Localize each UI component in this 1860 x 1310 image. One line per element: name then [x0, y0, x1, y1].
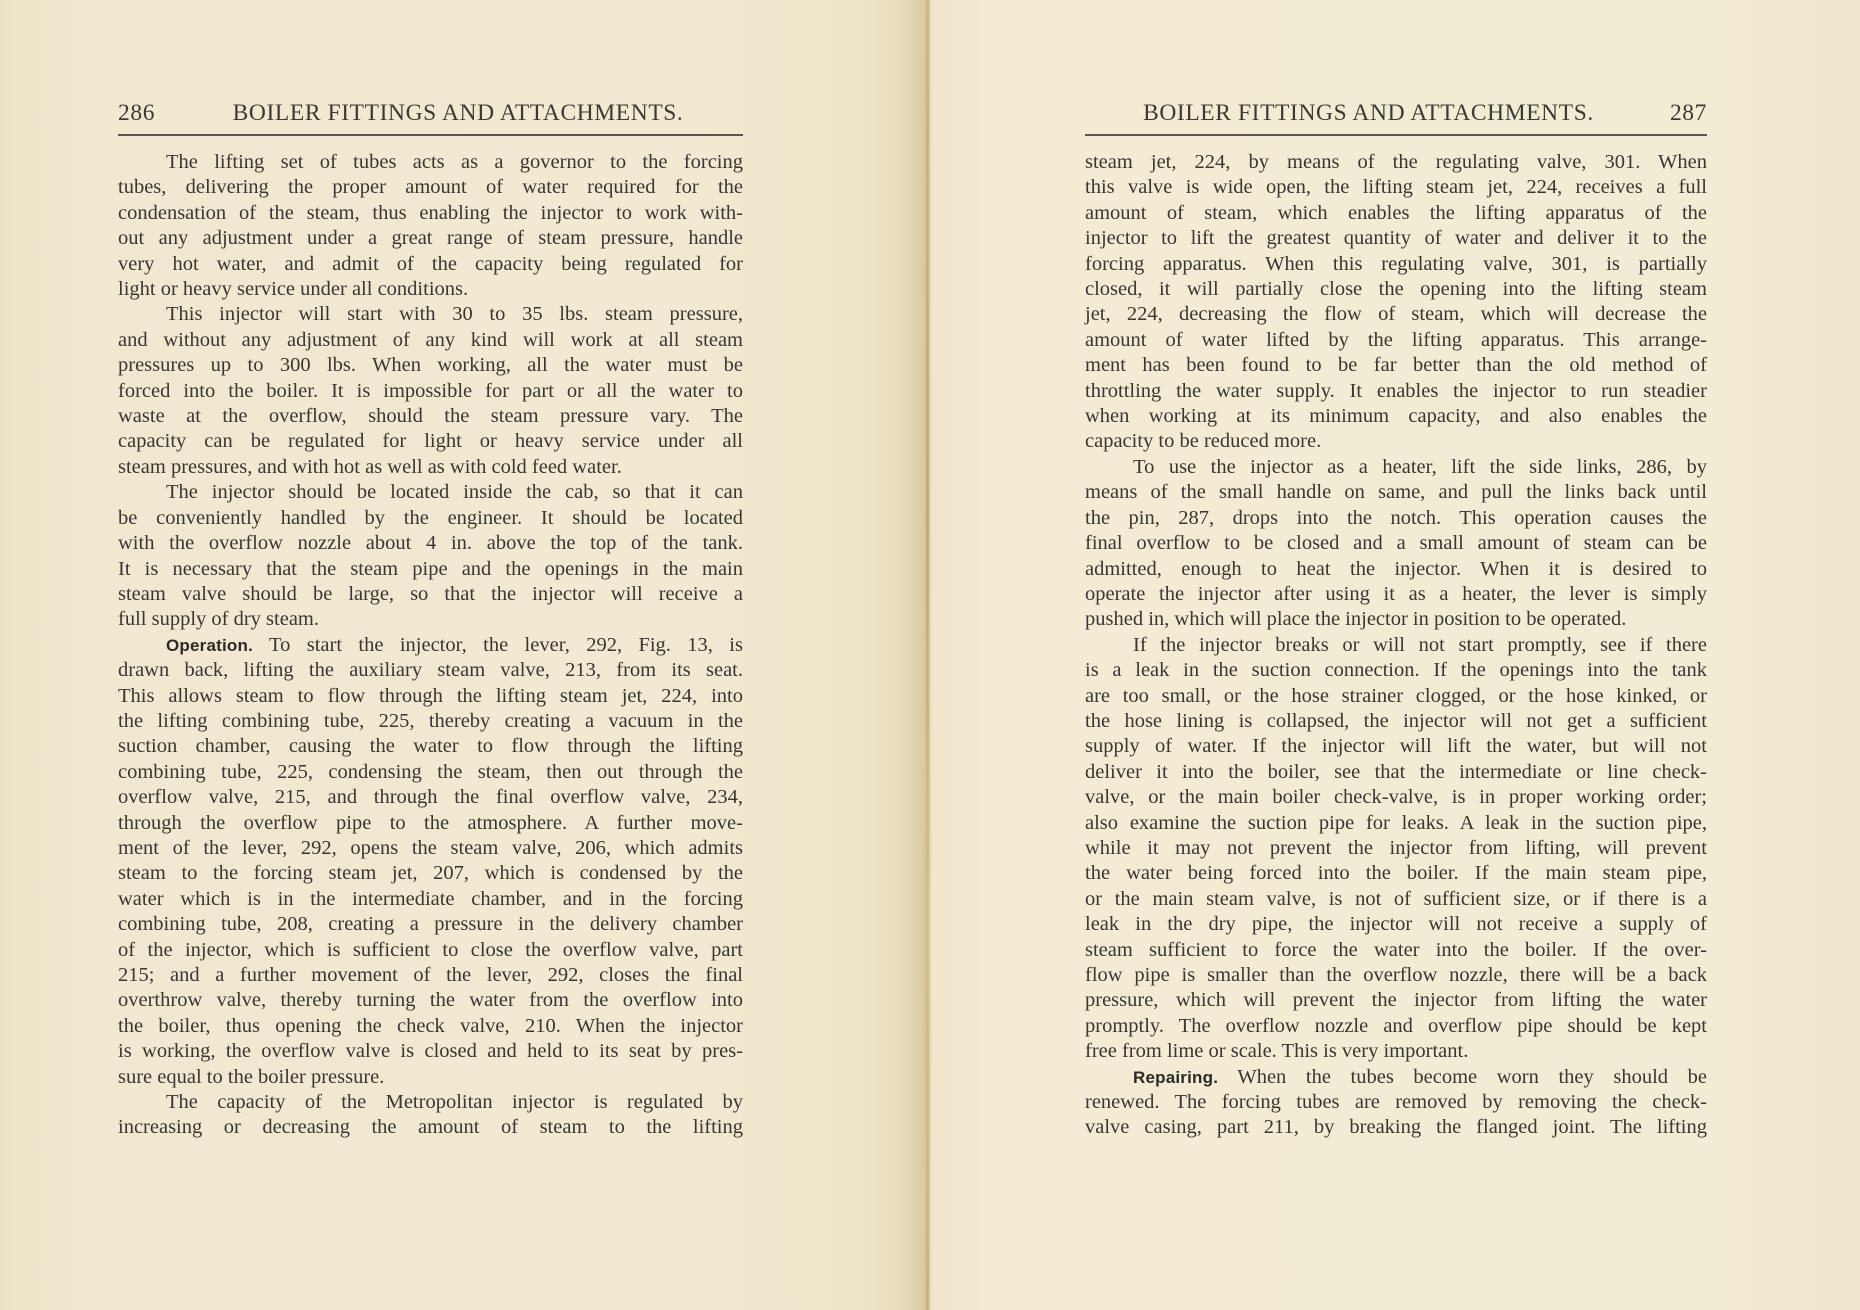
text-line: steam sufficient to force the water into… [1085, 938, 1707, 963]
line-text: also examine the suction pipe for leaks.… [1085, 812, 1707, 834]
line-text: steam jet, 224, by means of the regulati… [1085, 151, 1707, 173]
text-line: full supply of dry steam. [118, 607, 743, 632]
text-line: pressure, which will prevent the injecto… [1085, 988, 1707, 1013]
text-line: out any adjustment under a great range o… [118, 226, 743, 251]
text-line: the lifting combining tube, 225, thereby… [118, 709, 743, 734]
text-line: leak in the dry pipe, the injector will … [1085, 912, 1707, 937]
text-line: forcing apparatus. When this regulating … [1085, 252, 1707, 277]
text-line: deliver it into the boiler, see that the… [1085, 760, 1707, 785]
line-text: is a leak in the suction connection. If … [1085, 659, 1707, 681]
line-text: deliver it into the boiler, see that the… [1085, 761, 1707, 783]
text-line: are too small, or the hose strainer clog… [1085, 684, 1707, 709]
text-line: overthrow valve, thereby turning the wat… [118, 988, 743, 1013]
text-line: operate the injector after using it as a… [1085, 582, 1707, 607]
text-line: tubes, delivering the proper amount of w… [118, 175, 743, 200]
text-line: supply of water. If the injector will li… [1085, 734, 1707, 759]
line-text: water which is in the intermediate chamb… [118, 888, 743, 910]
line-text: condensation of the steam, thus enabling… [118, 202, 743, 224]
line-text: valve casing, part 211, by breaking the … [1085, 1116, 1707, 1138]
text-line: drawn back, lifting the auxiliary steam … [118, 658, 743, 683]
line-text: tubes, delivering the proper amount of w… [118, 176, 743, 198]
text-line: steam valve should be large, so that the… [118, 582, 743, 607]
line-text: or the main steam valve, is not of suffi… [1085, 888, 1707, 910]
text-line: is working, the overflow valve is closed… [118, 1039, 743, 1064]
text-line: and without any adjustment of any kind w… [118, 328, 743, 353]
line-text: promptly. The overflow nozzle and overfl… [1085, 1015, 1707, 1037]
text-line: 215; and a further movement of the lever… [118, 963, 743, 988]
line-text: combining tube, 225, condensing the stea… [118, 761, 743, 783]
line-text: full supply of dry steam. [118, 608, 319, 630]
line-text: through the overflow pipe to the atmosph… [118, 812, 743, 834]
running-head-right: BOILER FITTINGS AND ATTACHMENTS. 287 [1085, 100, 1707, 136]
line-text: forced into the boiler. It is impossible… [118, 380, 743, 402]
line-text: final overflow to be closed and a small … [1085, 532, 1707, 554]
line-text: steam pressures, and with hot as well as… [118, 456, 622, 478]
page-number: 286 [118, 100, 155, 127]
text-line: amount of water lifted by the lifting ap… [1085, 328, 1707, 353]
line-text: valve, or the main boiler check-valve, i… [1085, 786, 1707, 808]
line-text: It is necessary that the steam pipe and … [118, 558, 743, 580]
text-line: throttling the water supply. It enables … [1085, 379, 1707, 404]
text-line: the hose lining is collapsed, the inject… [1085, 709, 1707, 734]
line-text: are too small, or the hose strainer clog… [1085, 685, 1707, 707]
line-text: when working at its minimum capacity, an… [1085, 405, 1707, 427]
text-line: water which is in the intermediate chamb… [118, 887, 743, 912]
line-text: overflow valve, 215, and through the fin… [118, 786, 743, 808]
line-text: while it may not prevent the injector fr… [1085, 837, 1707, 859]
line-text: overthrow valve, thereby turning the wat… [118, 989, 743, 1011]
text-line: with the overflow nozzle about 4 in. abo… [118, 531, 743, 556]
line-text: steam sufficient to force the water into… [1085, 939, 1707, 961]
text-line: when working at its minimum capacity, an… [1085, 404, 1707, 429]
line-text: ment of the lever, 292, opens the steam … [118, 837, 743, 859]
line-text: operate the injector after using it as a… [1085, 583, 1707, 605]
line-text: To start the injector, the lever, 292, F… [253, 634, 743, 656]
line-text: The lifting set of tubes acts as a gover… [166, 151, 743, 173]
line-text: The capacity of the Metropolitan injecto… [166, 1091, 743, 1113]
section-run-in-heading: Operation. [166, 636, 253, 655]
line-text: The injector should be located inside th… [166, 481, 743, 503]
line-text: drawn back, lifting the auxiliary steam … [118, 659, 743, 681]
line-text: the hose lining is collapsed, the inject… [1085, 710, 1707, 732]
text-line: capacity can be regulated for light or h… [118, 429, 743, 454]
line-text: this valve is wide open, the lifting ste… [1085, 176, 1707, 198]
text-line: It is necessary that the steam pipe and … [118, 557, 743, 582]
text-line: or the main steam valve, is not of suffi… [1085, 887, 1707, 912]
line-text: injector to lift the greatest quantity o… [1085, 227, 1707, 249]
line-text: When the tubes become worn they should b… [1218, 1066, 1707, 1088]
line-text: capacity to be reduced more. [1085, 430, 1321, 452]
line-text: admitted, enough to heat the injector. W… [1085, 558, 1707, 580]
line-text: steam valve should be large, so that the… [118, 583, 743, 605]
text-line: is a leak in the suction connection. If … [1085, 658, 1707, 683]
text-line: overflow valve, 215, and through the fin… [118, 785, 743, 810]
line-text: flow pipe is smaller than the overflow n… [1085, 964, 1707, 986]
line-text: the water being forced into the boiler. … [1085, 862, 1707, 884]
running-head-title: BOILER FITTINGS AND ATTACHMENTS. [1085, 100, 1652, 127]
text-line: combining tube, 225, condensing the stea… [118, 760, 743, 785]
line-text: supply of water. If the injector will li… [1085, 735, 1707, 757]
line-text: renewed. The forcing tubes are removed b… [1085, 1091, 1707, 1113]
text-line: ment has been found to be far better tha… [1085, 353, 1707, 378]
text-line: forced into the boiler. It is impossible… [118, 379, 743, 404]
text-line: capacity to be reduced more. [1085, 429, 1707, 454]
left-page: 286 BOILER FITTINGS AND ATTACHMENTS. The… [118, 100, 743, 1141]
line-text: pressure, which will prevent the injecto… [1085, 989, 1707, 1011]
text-line: ment of the lever, 292, opens the steam … [118, 836, 743, 861]
line-text: pushed in, which will place the injector… [1085, 608, 1626, 630]
line-text: jet, 224, decreasing the flow of steam, … [1085, 303, 1707, 325]
text-line: steam jet, 224, by means of the regulati… [1085, 150, 1707, 175]
text-line: The capacity of the Metropolitan injecto… [118, 1090, 743, 1115]
text-line: condensation of the steam, thus enabling… [118, 201, 743, 226]
text-line: while it may not prevent the injector fr… [1085, 836, 1707, 861]
line-text: closed, it will partially close the open… [1085, 278, 1707, 300]
line-text: If the injector breaks or will not start… [1133, 634, 1707, 656]
line-text: capacity can be regulated for light or h… [118, 430, 743, 452]
text-line: admitted, enough to heat the injector. W… [1085, 557, 1707, 582]
line-text: amount of steam, which enables the lifti… [1085, 202, 1707, 224]
text-line: this valve is wide open, the lifting ste… [1085, 175, 1707, 200]
line-text: very hot water, and admit of the capacit… [118, 253, 743, 275]
line-text: This allows steam to flow through the li… [118, 685, 743, 707]
line-text: out any adjustment under a great range o… [118, 227, 743, 249]
text-line: final overflow to be closed and a small … [1085, 531, 1707, 556]
line-text: 215; and a further movement of the lever… [118, 964, 743, 986]
line-text: To use the injector as a heater, lift th… [1133, 456, 1707, 478]
line-text: free from lime or scale. This is very im… [1085, 1040, 1468, 1062]
left-page-body: The lifting set of tubes acts as a gover… [118, 150, 743, 1141]
line-text: the boiler, thus opening the check valve… [118, 1015, 743, 1037]
text-line: The injector should be located inside th… [118, 480, 743, 505]
text-line: pressures up to 300 lbs. When working, a… [118, 353, 743, 378]
text-line: the boiler, thus opening the check valve… [118, 1014, 743, 1039]
book-spine [926, 0, 929, 1310]
line-text: and without any adjustment of any kind w… [118, 329, 743, 351]
text-line: This injector will start with 30 to 35 l… [118, 302, 743, 327]
text-line: steam to the forcing steam jet, 207, whi… [118, 861, 743, 886]
text-line: combining tube, 208, creating a pressure… [118, 912, 743, 937]
text-line: The lifting set of tubes acts as a gover… [118, 150, 743, 175]
line-text: suction chamber, causing the water to fl… [118, 735, 743, 757]
text-line: free from lime or scale. This is very im… [1085, 1039, 1707, 1064]
page-number: 287 [1670, 100, 1707, 127]
line-text: the lifting combining tube, 225, thereby… [118, 710, 743, 732]
text-line: waste at the overflow, should the steam … [118, 404, 743, 429]
text-line: of the injector, which is sufficient to … [118, 938, 743, 963]
line-text: leak in the dry pipe, the injector will … [1085, 913, 1707, 935]
right-page-body: steam jet, 224, by means of the regulati… [1085, 150, 1707, 1141]
right-page: BOILER FITTINGS AND ATTACHMENTS. 287 ste… [1085, 100, 1707, 1141]
line-text: with the overflow nozzle about 4 in. abo… [118, 532, 743, 554]
line-text: be conveniently handled by the engineer.… [118, 507, 743, 529]
text-line: This allows steam to flow through the li… [118, 684, 743, 709]
text-line: light or heavy service under all conditi… [118, 277, 743, 302]
line-text: combining tube, 208, creating a pressure… [118, 913, 743, 935]
line-text: waste at the overflow, should the steam … [118, 405, 743, 427]
text-line: valve casing, part 211, by breaking the … [1085, 1115, 1707, 1140]
text-line: be conveniently handled by the engineer.… [118, 506, 743, 531]
text-line: injector to lift the greatest quantity o… [1085, 226, 1707, 251]
text-line: valve, or the main boiler check-valve, i… [1085, 785, 1707, 810]
text-line: renewed. The forcing tubes are removed b… [1085, 1090, 1707, 1115]
line-text: throttling the water supply. It enables … [1085, 380, 1707, 402]
text-line: Repairing. When the tubes become worn th… [1085, 1065, 1707, 1090]
line-text: forcing apparatus. When this regulating … [1085, 253, 1707, 275]
text-line: jet, 224, decreasing the flow of steam, … [1085, 302, 1707, 327]
text-line: means of the small handle on same, and p… [1085, 480, 1707, 505]
line-text: light or heavy service under all conditi… [118, 278, 468, 300]
text-line: flow pipe is smaller than the overflow n… [1085, 963, 1707, 988]
line-text: This injector will start with 30 to 35 l… [166, 303, 743, 325]
text-line: the pin, 287, drops into the notch. This… [1085, 506, 1707, 531]
text-line: promptly. The overflow nozzle and overfl… [1085, 1014, 1707, 1039]
line-text: pressures up to 300 lbs. When working, a… [118, 354, 743, 376]
text-line: closed, it will partially close the open… [1085, 277, 1707, 302]
text-line: Operation. To start the injector, the le… [118, 633, 743, 658]
text-line: increasing or decreasing the amount of s… [118, 1115, 743, 1140]
book-spread: 286 BOILER FITTINGS AND ATTACHMENTS. The… [0, 0, 1860, 1310]
line-text: increasing or decreasing the amount of s… [118, 1116, 743, 1138]
text-line: suction chamber, causing the water to fl… [118, 734, 743, 759]
line-text: sure equal to the boiler pressure. [118, 1066, 384, 1088]
line-text: steam to the forcing steam jet, 207, whi… [118, 862, 743, 884]
text-line: also examine the suction pipe for leaks.… [1085, 811, 1707, 836]
line-text: of the injector, which is sufficient to … [118, 939, 743, 961]
line-text: ment has been found to be far better tha… [1085, 354, 1707, 376]
text-line: To use the injector as a heater, lift th… [1085, 455, 1707, 480]
text-line: the water being forced into the boiler. … [1085, 861, 1707, 886]
text-line: through the overflow pipe to the atmosph… [118, 811, 743, 836]
line-text: means of the small handle on same, and p… [1085, 481, 1707, 503]
line-text: the pin, 287, drops into the notch. This… [1085, 507, 1707, 529]
text-line: steam pressures, and with hot as well as… [118, 455, 743, 480]
section-run-in-heading: Repairing. [1133, 1068, 1218, 1087]
running-head-title: BOILER FITTINGS AND ATTACHMENTS. [173, 100, 743, 127]
text-line: pushed in, which will place the injector… [1085, 607, 1707, 632]
text-line: sure equal to the boiler pressure. [118, 1065, 743, 1090]
line-text: amount of water lifted by the lifting ap… [1085, 329, 1707, 351]
line-text: is working, the overflow valve is closed… [118, 1040, 743, 1062]
text-line: If the injector breaks or will not start… [1085, 633, 1707, 658]
text-line: amount of steam, which enables the lifti… [1085, 201, 1707, 226]
running-head-left: 286 BOILER FITTINGS AND ATTACHMENTS. [118, 100, 743, 136]
text-line: very hot water, and admit of the capacit… [118, 252, 743, 277]
